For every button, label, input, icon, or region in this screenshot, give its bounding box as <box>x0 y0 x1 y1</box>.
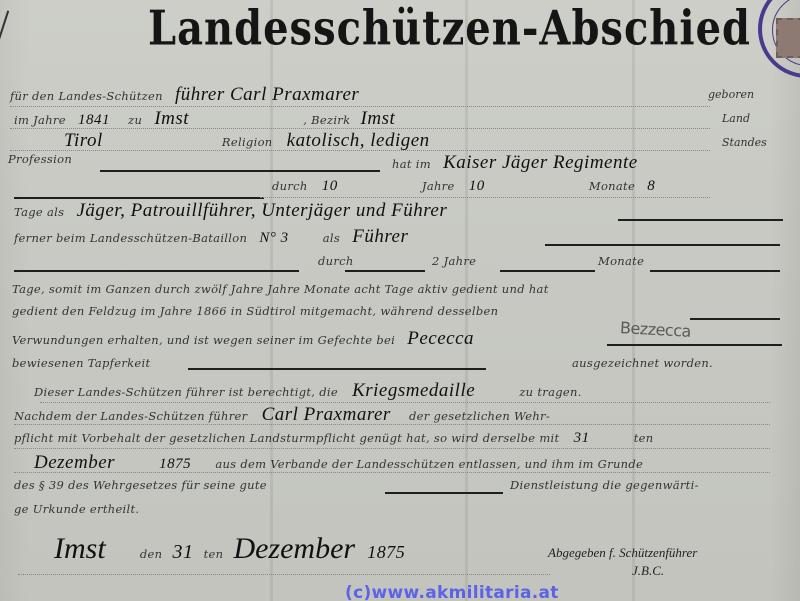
margin-label-land: Land <box>722 112 750 125</box>
blank-rule <box>100 170 380 172</box>
blank-rule <box>188 368 486 370</box>
guide-dots <box>10 106 710 107</box>
blank-rule <box>618 219 783 221</box>
closing-day: 31 <box>172 541 193 563</box>
line-10: gedient den Feldzug im Jahre 1866 in Süd… <box>12 304 498 319</box>
line-17b: Dienstleistung die gegenwärti- <box>510 478 699 493</box>
line-15: pflicht mit Vorbehalt der gesetzlichen L… <box>14 430 653 447</box>
discharge-year: 1875 <box>159 456 191 472</box>
line-14: Nachdem der Landes-Schützen führer Carl … <box>14 404 550 426</box>
line-5: durch 10 Jahre 10 Monate 8 <box>272 178 655 195</box>
campaign-text: gedient den Feldzug im Jahre 1866 in Süd… <box>12 304 498 318</box>
line-4-pre2: hat im <box>392 157 431 171</box>
line-11: Verwundungen erhalten, und ist wegen sei… <box>12 328 474 350</box>
line-5-pre3: Monate <box>589 179 635 193</box>
soldier-rank-name: führer Carl Praxmarer <box>175 84 359 105</box>
fold-crease <box>632 0 635 601</box>
guide-dots <box>260 197 710 198</box>
religion-status: katolisch, ledigen <box>287 130 430 151</box>
wounds-text: Verwundungen erhalten, und ist wegen sei… <box>12 333 395 347</box>
blank-rule <box>607 344 782 346</box>
battalion-rank: Führer <box>352 226 408 247</box>
line-12: bewiesenen Tapferkeit <box>12 356 150 371</box>
battle-location: Pececca <box>407 328 474 349</box>
line-2-pre: im Jahre <box>14 113 66 127</box>
ranks-held: Jäger, Patrouillführer, Unterjäger und F… <box>76 200 447 221</box>
line-18: ge Urkunde ertheilt. <box>14 502 139 517</box>
service-text: Dienstleistung die gegenwärti- <box>510 478 699 492</box>
birth-year: 1841 <box>78 112 110 128</box>
line-5-pre2: Jahre <box>422 179 455 193</box>
wear-text: zu tragen. <box>519 385 581 399</box>
bravery-text: bewiesenen Tapferkeit <box>12 356 150 370</box>
signature-line-1: Abgegeben f. Schützenführer <box>548 545 697 561</box>
law-text: des § 39 des Wehrgesetzes für seine gute <box>14 478 267 492</box>
line-7: ferner beim Landesschützen-Bataillon N° … <box>14 226 408 248</box>
birth-district: Imst <box>361 108 396 129</box>
line-1: für den Landes-Schützen führer Carl Prax… <box>10 84 359 106</box>
line-8: durch <box>318 254 354 269</box>
soldier-name: Carl Praxmarer <box>262 404 391 425</box>
service-years-2: 10 <box>469 178 485 194</box>
line-7-pre2: als <box>323 231 340 245</box>
guide-dots <box>14 448 770 449</box>
document-page: Landesschützen-Abschied geboren Land Sta… <box>0 0 800 601</box>
line-8-pre: durch <box>318 254 354 268</box>
revenue-stamp-icon <box>776 18 800 58</box>
closing-place: Imst <box>54 532 106 565</box>
margin-label-status: Standes <box>722 136 767 149</box>
line-6-pre: Tage als <box>14 205 64 219</box>
release-text: aus dem Verbande der Landesschützen entl… <box>215 457 643 471</box>
line-9: Tage, somit im Ganzen durch zwölf Jahre … <box>12 282 549 297</box>
corner-mark <box>0 11 9 44</box>
obligation-text: pflicht mit Vorbehalt der gesetzlichen L… <box>14 431 559 445</box>
guide-dots <box>18 574 550 575</box>
additional-years: 2 Jahre <box>432 254 476 268</box>
line-3: Tirol Religion katolisch, ledigen <box>64 130 430 152</box>
line-13: Dieser Landes-Schützen führer ist berech… <box>34 380 582 402</box>
day-suffix: ten <box>634 431 654 445</box>
closing-year: 1875 <box>367 542 405 562</box>
line-12b: ausgezeichnet worden. <box>572 356 713 371</box>
line-6: Tage als Jäger, Patrouillführer, Unterjä… <box>14 200 447 222</box>
signature-line-2: J.B.C. <box>632 563 664 579</box>
margin-label-born: geboren <box>708 88 754 101</box>
entitled-text: Dieser Landes-Schützen führer ist berech… <box>34 385 338 399</box>
line-7-pre: ferner beim Landesschützen-Bataillon <box>14 231 247 245</box>
line-8c: Monate <box>598 254 644 269</box>
pencil-annotation: Bezzecca <box>620 318 692 341</box>
service-years: 10 <box>322 178 338 194</box>
blank-rule <box>14 270 299 272</box>
guide-dots <box>40 402 770 403</box>
closing-month: Dezember <box>233 532 355 565</box>
duty-text: der gesetzlichen Wehr- <box>409 409 550 423</box>
discharge-day: 31 <box>574 430 590 446</box>
blank-rule <box>345 270 425 272</box>
line-4-pre: Profession <box>8 152 72 166</box>
service-months: 8 <box>647 178 655 194</box>
home-land: Tirol <box>64 130 103 151</box>
blank-rule <box>385 492 503 494</box>
blank-rule <box>690 318 780 320</box>
closing-pre-month: ten <box>204 547 224 561</box>
battalion-number: N° 3 <box>259 230 288 246</box>
blank-rule <box>545 244 780 246</box>
line-2: im Jahre 1841 zu Imst , Bezirk Imst <box>14 108 395 130</box>
line-8b: 2 Jahre <box>432 254 476 269</box>
line-17: des § 39 des Wehrgesetzes für seine gute <box>14 478 267 493</box>
fold-crease <box>465 0 468 601</box>
line-8-pre2: Monate <box>598 254 644 268</box>
document-title: Landesschützen-Abschied <box>148 0 751 56</box>
closing-line: Imst den 31 ten Dezember 1875 <box>54 532 405 566</box>
line-3-pre: Religion <box>222 135 273 149</box>
line-2-pre2: zu <box>128 113 142 127</box>
after-text: Nachdem der Landes-Schützen führer <box>14 409 247 423</box>
blank-rule <box>14 197 264 199</box>
line-5-pre: durch <box>272 179 308 193</box>
distinguished-text: ausgezeichnet worden. <box>572 356 713 370</box>
blank-rule <box>500 270 595 272</box>
line-4: Profession <box>8 152 72 167</box>
certificate-text: ge Urkunde ertheilt. <box>14 502 139 516</box>
total-service-text: Tage, somit im Ganzen durch zwölf Jahre … <box>12 282 549 296</box>
birth-place: Imst <box>154 108 189 129</box>
line-4b: hat im Kaiser Jäger Regimente <box>392 152 638 174</box>
closing-pre-day: den <box>140 547 162 561</box>
line-2-pre3: , Bezirk <box>303 113 350 127</box>
line-16: Dezember 1875 aus dem Verbande der Lande… <box>34 452 643 474</box>
discharge-month: Dezember <box>34 452 115 473</box>
regiment-name: Kaiser Jäger Regimente <box>443 152 638 173</box>
line-1-pre: für den Landes-Schützen <box>10 89 163 103</box>
copyright-watermark: (c)www.akmilitaria.at <box>345 583 559 601</box>
war-medal: Kriegsmedaille <box>352 380 475 401</box>
blank-rule <box>650 270 780 272</box>
